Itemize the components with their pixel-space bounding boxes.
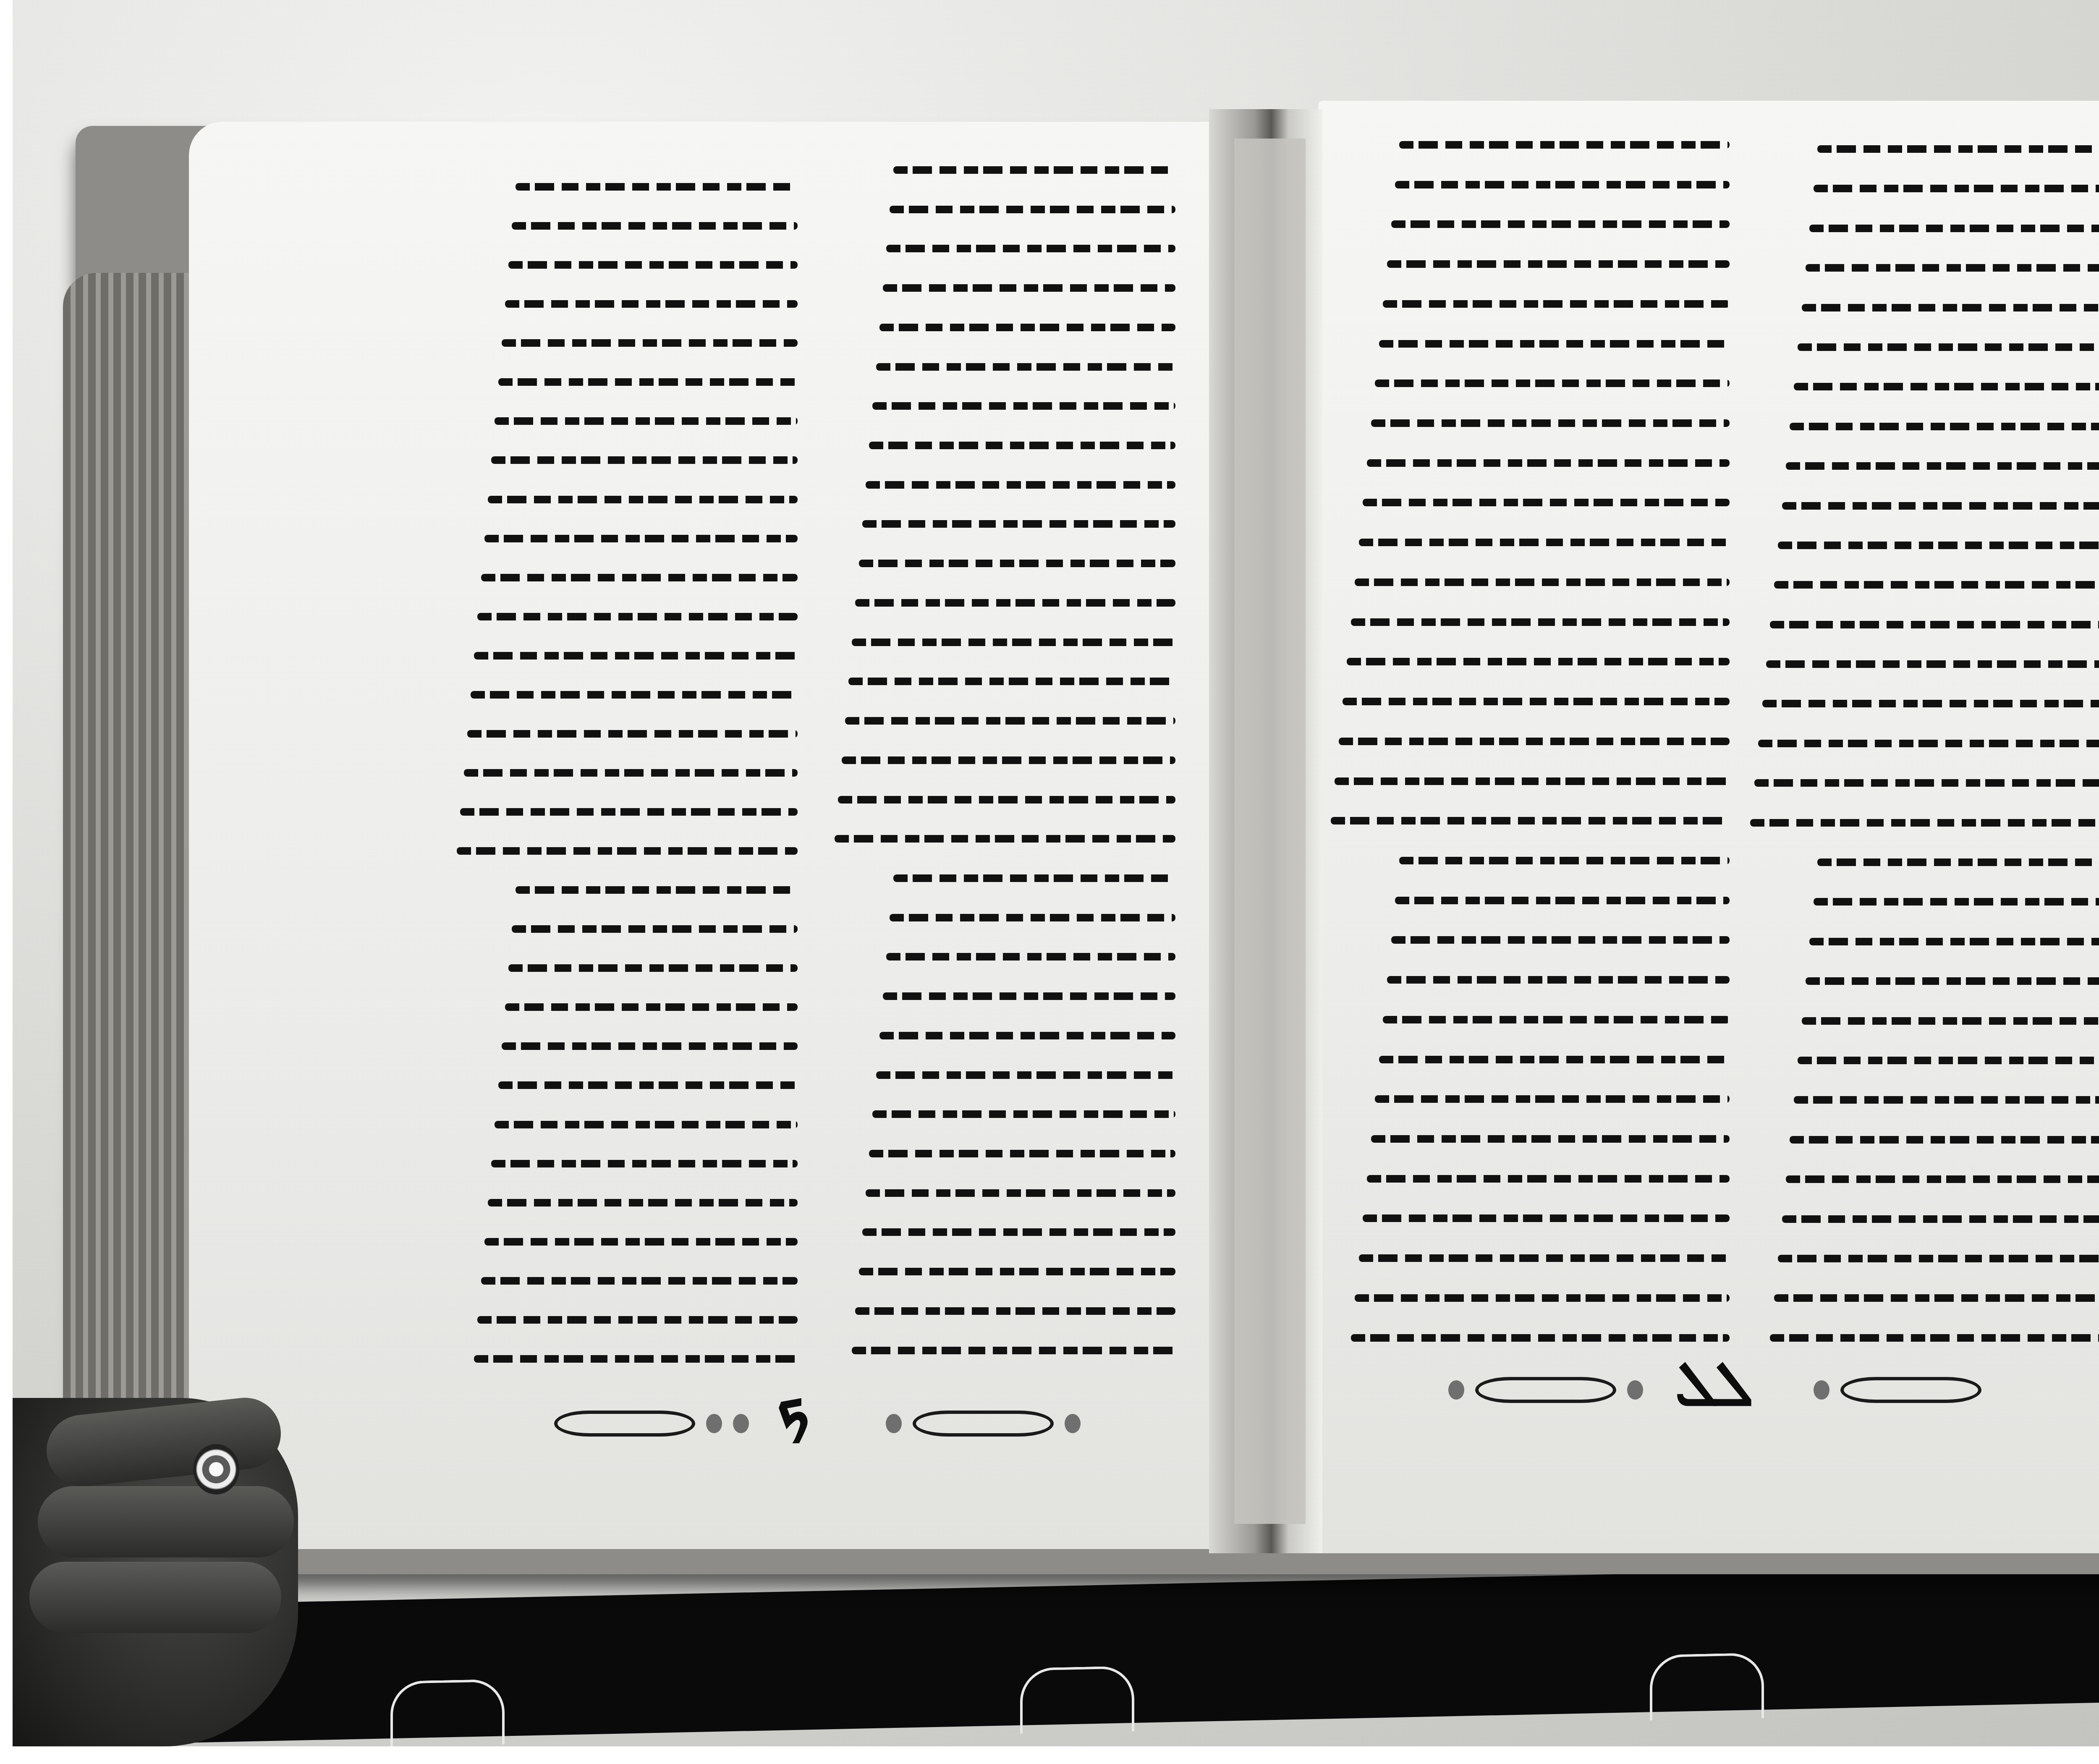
text-line: [1746, 856, 2099, 868]
text-line: [453, 571, 798, 583]
right-page-column-outer: [1746, 143, 2099, 1343]
text-line: [1746, 658, 2099, 670]
ring: [193, 1444, 239, 1494]
text-line: [1327, 576, 1730, 588]
text-line: [831, 1265, 1175, 1277]
text-line: [831, 321, 1175, 333]
text-line: [453, 1157, 798, 1169]
text-line: [1327, 854, 1730, 866]
text-line: [1746, 618, 2099, 630]
left-quire-mark: ܟ: [777, 1373, 810, 1436]
text-line: [453, 845, 798, 856]
ornament-dot: [733, 1414, 749, 1433]
text-line: [453, 220, 798, 231]
text-line: [453, 454, 798, 466]
left-page-column-outer: [453, 181, 798, 1364]
text-line: [453, 1275, 798, 1286]
text-line: [1746, 143, 2099, 154]
text-line: [831, 636, 1175, 648]
text-line: [831, 400, 1175, 411]
ornament-dot: [886, 1414, 902, 1433]
text-line: [1746, 1015, 2099, 1026]
ornament-loop: [1840, 1377, 1981, 1403]
text-line: [1327, 1252, 1730, 1264]
manuscript-photo: ܟ ܠܠ: [13, 0, 2099, 1746]
text-line: [831, 714, 1175, 726]
text-line: [831, 832, 1175, 844]
text-line: [1746, 817, 2099, 828]
text-line: [1746, 737, 2099, 749]
text-line: [453, 376, 798, 387]
text-line: [1746, 262, 2099, 273]
text-line: [1746, 1213, 2099, 1225]
text-line: [453, 181, 798, 192]
text-line: [1746, 697, 2099, 709]
text-line: [453, 337, 798, 348]
text-line: [453, 298, 798, 309]
text-line: [1746, 935, 2099, 947]
text-line: [1327, 218, 1730, 230]
finger: [29, 1562, 281, 1633]
text-line: [1327, 536, 1730, 548]
text-line: [453, 1001, 798, 1013]
text-line: [1746, 182, 2099, 194]
text-line: [453, 767, 798, 778]
text-line: [1327, 655, 1730, 667]
text-line: [831, 1108, 1175, 1120]
text-line: [831, 990, 1175, 1002]
text-line: [831, 282, 1175, 293]
text-line: [1327, 894, 1730, 906]
ornament-dot: [1065, 1414, 1081, 1433]
text-line: [831, 793, 1175, 805]
ornament-dot: [706, 1414, 722, 1433]
text-line: [1746, 341, 2099, 353]
text-line: [1327, 258, 1730, 270]
text-line: [1327, 178, 1730, 190]
text-line: [1327, 1212, 1730, 1224]
text-line: [1746, 460, 2099, 471]
text-line: [1327, 735, 1730, 747]
text-line: [1746, 1252, 2099, 1264]
text-line: [1327, 457, 1730, 468]
text-line: [453, 610, 798, 622]
right-quire-mark: ܠܠ: [1675, 1352, 1754, 1415]
text-line: [831, 872, 1175, 884]
left-footer-ornament: [554, 1411, 749, 1437]
text-line: [453, 884, 798, 895]
text-line: [1327, 974, 1730, 985]
text-line: [1327, 1093, 1730, 1104]
text-line: [1746, 1292, 2099, 1303]
text-line: [453, 962, 798, 974]
finger: [38, 1486, 294, 1557]
text-line: [1327, 1173, 1730, 1184]
ornament-loop: [1475, 1377, 1616, 1403]
gutter-repair-strip: [1234, 139, 1306, 1524]
text-line: [831, 557, 1175, 569]
text-line: [453, 493, 798, 505]
text-line: [1746, 539, 2099, 551]
text-line: [453, 415, 798, 427]
text-line: [831, 1305, 1175, 1316]
right-page-column-inner: [1327, 139, 1730, 1343]
text-line: [1327, 139, 1730, 150]
table-arch: [390, 1679, 505, 1746]
text-line: [1327, 775, 1730, 787]
text-line: [1746, 1173, 2099, 1185]
text-line: [831, 1226, 1175, 1238]
text-line: [831, 1029, 1175, 1041]
text-line: [1327, 814, 1730, 826]
right-footer-ornament-2: [1814, 1377, 1981, 1403]
text-line: [453, 532, 798, 544]
text-line: [1746, 1094, 2099, 1105]
text-line: [1327, 1332, 1730, 1343]
text-line: [831, 1147, 1175, 1159]
text-line: [831, 675, 1175, 687]
ornament-dot: [1627, 1380, 1643, 1400]
text-line: [831, 754, 1175, 766]
text-line: [1327, 616, 1730, 628]
text-line: [1327, 377, 1730, 389]
right-footer-ornament: [1448, 1377, 1643, 1403]
text-line: [1746, 380, 2099, 392]
text-line: [453, 923, 798, 934]
text-line: [1746, 420, 2099, 432]
text-line: [1327, 1053, 1730, 1065]
text-line: [1327, 1013, 1730, 1025]
text-line: [1746, 500, 2099, 511]
text-line: [453, 649, 798, 661]
text-line: [453, 728, 798, 739]
text-line: [1746, 1133, 2099, 1145]
text-line: [453, 1196, 798, 1208]
text-line: [1327, 338, 1730, 349]
text-line: [831, 1344, 1175, 1356]
text-line: [453, 1314, 798, 1325]
text-line: [831, 242, 1175, 254]
text-line: [1746, 1054, 2099, 1066]
text-line: [453, 259, 798, 270]
text-line: [831, 597, 1175, 608]
left-footer-ornament-2: [886, 1411, 1081, 1437]
text-line: [1327, 1292, 1730, 1303]
ornament-dot: [1448, 1380, 1464, 1400]
ornament-dot: [1814, 1380, 1829, 1400]
text-line: [831, 439, 1175, 451]
left-page-column-inner: [831, 164, 1175, 1356]
text-line: [1327, 298, 1730, 309]
text-line: [1327, 417, 1730, 429]
text-line: [831, 950, 1175, 962]
text-line: [1746, 222, 2099, 234]
text-line: [453, 1118, 798, 1130]
text-line: [453, 688, 798, 700]
text-line: [831, 518, 1175, 529]
text-line: [1327, 1133, 1730, 1144]
text-line: [831, 164, 1175, 175]
table-arch: [1020, 1666, 1134, 1734]
text-line: [453, 1079, 798, 1091]
ornament-loop: [554, 1411, 695, 1437]
text-line: [831, 1187, 1175, 1199]
text-line: [1327, 695, 1730, 707]
text-line: [1327, 496, 1730, 508]
text-line: [831, 479, 1175, 490]
table-arch: [1650, 1653, 1764, 1721]
text-line: [831, 911, 1175, 923]
text-line: [453, 1040, 798, 1052]
text-line: [453, 1235, 798, 1247]
text-line: [1746, 578, 2099, 590]
text-line: [831, 203, 1175, 215]
text-line: [1746, 895, 2099, 907]
text-line: [831, 1069, 1175, 1081]
text-line: [1746, 975, 2099, 987]
text-line: [453, 806, 798, 817]
text-line: [1746, 301, 2099, 313]
text-line: [1327, 934, 1730, 945]
text-line: [1746, 777, 2099, 788]
ornament-loop: [913, 1411, 1054, 1437]
text-line: [1746, 1332, 2099, 1343]
text-line: [453, 1353, 798, 1364]
text-line: [831, 361, 1175, 372]
